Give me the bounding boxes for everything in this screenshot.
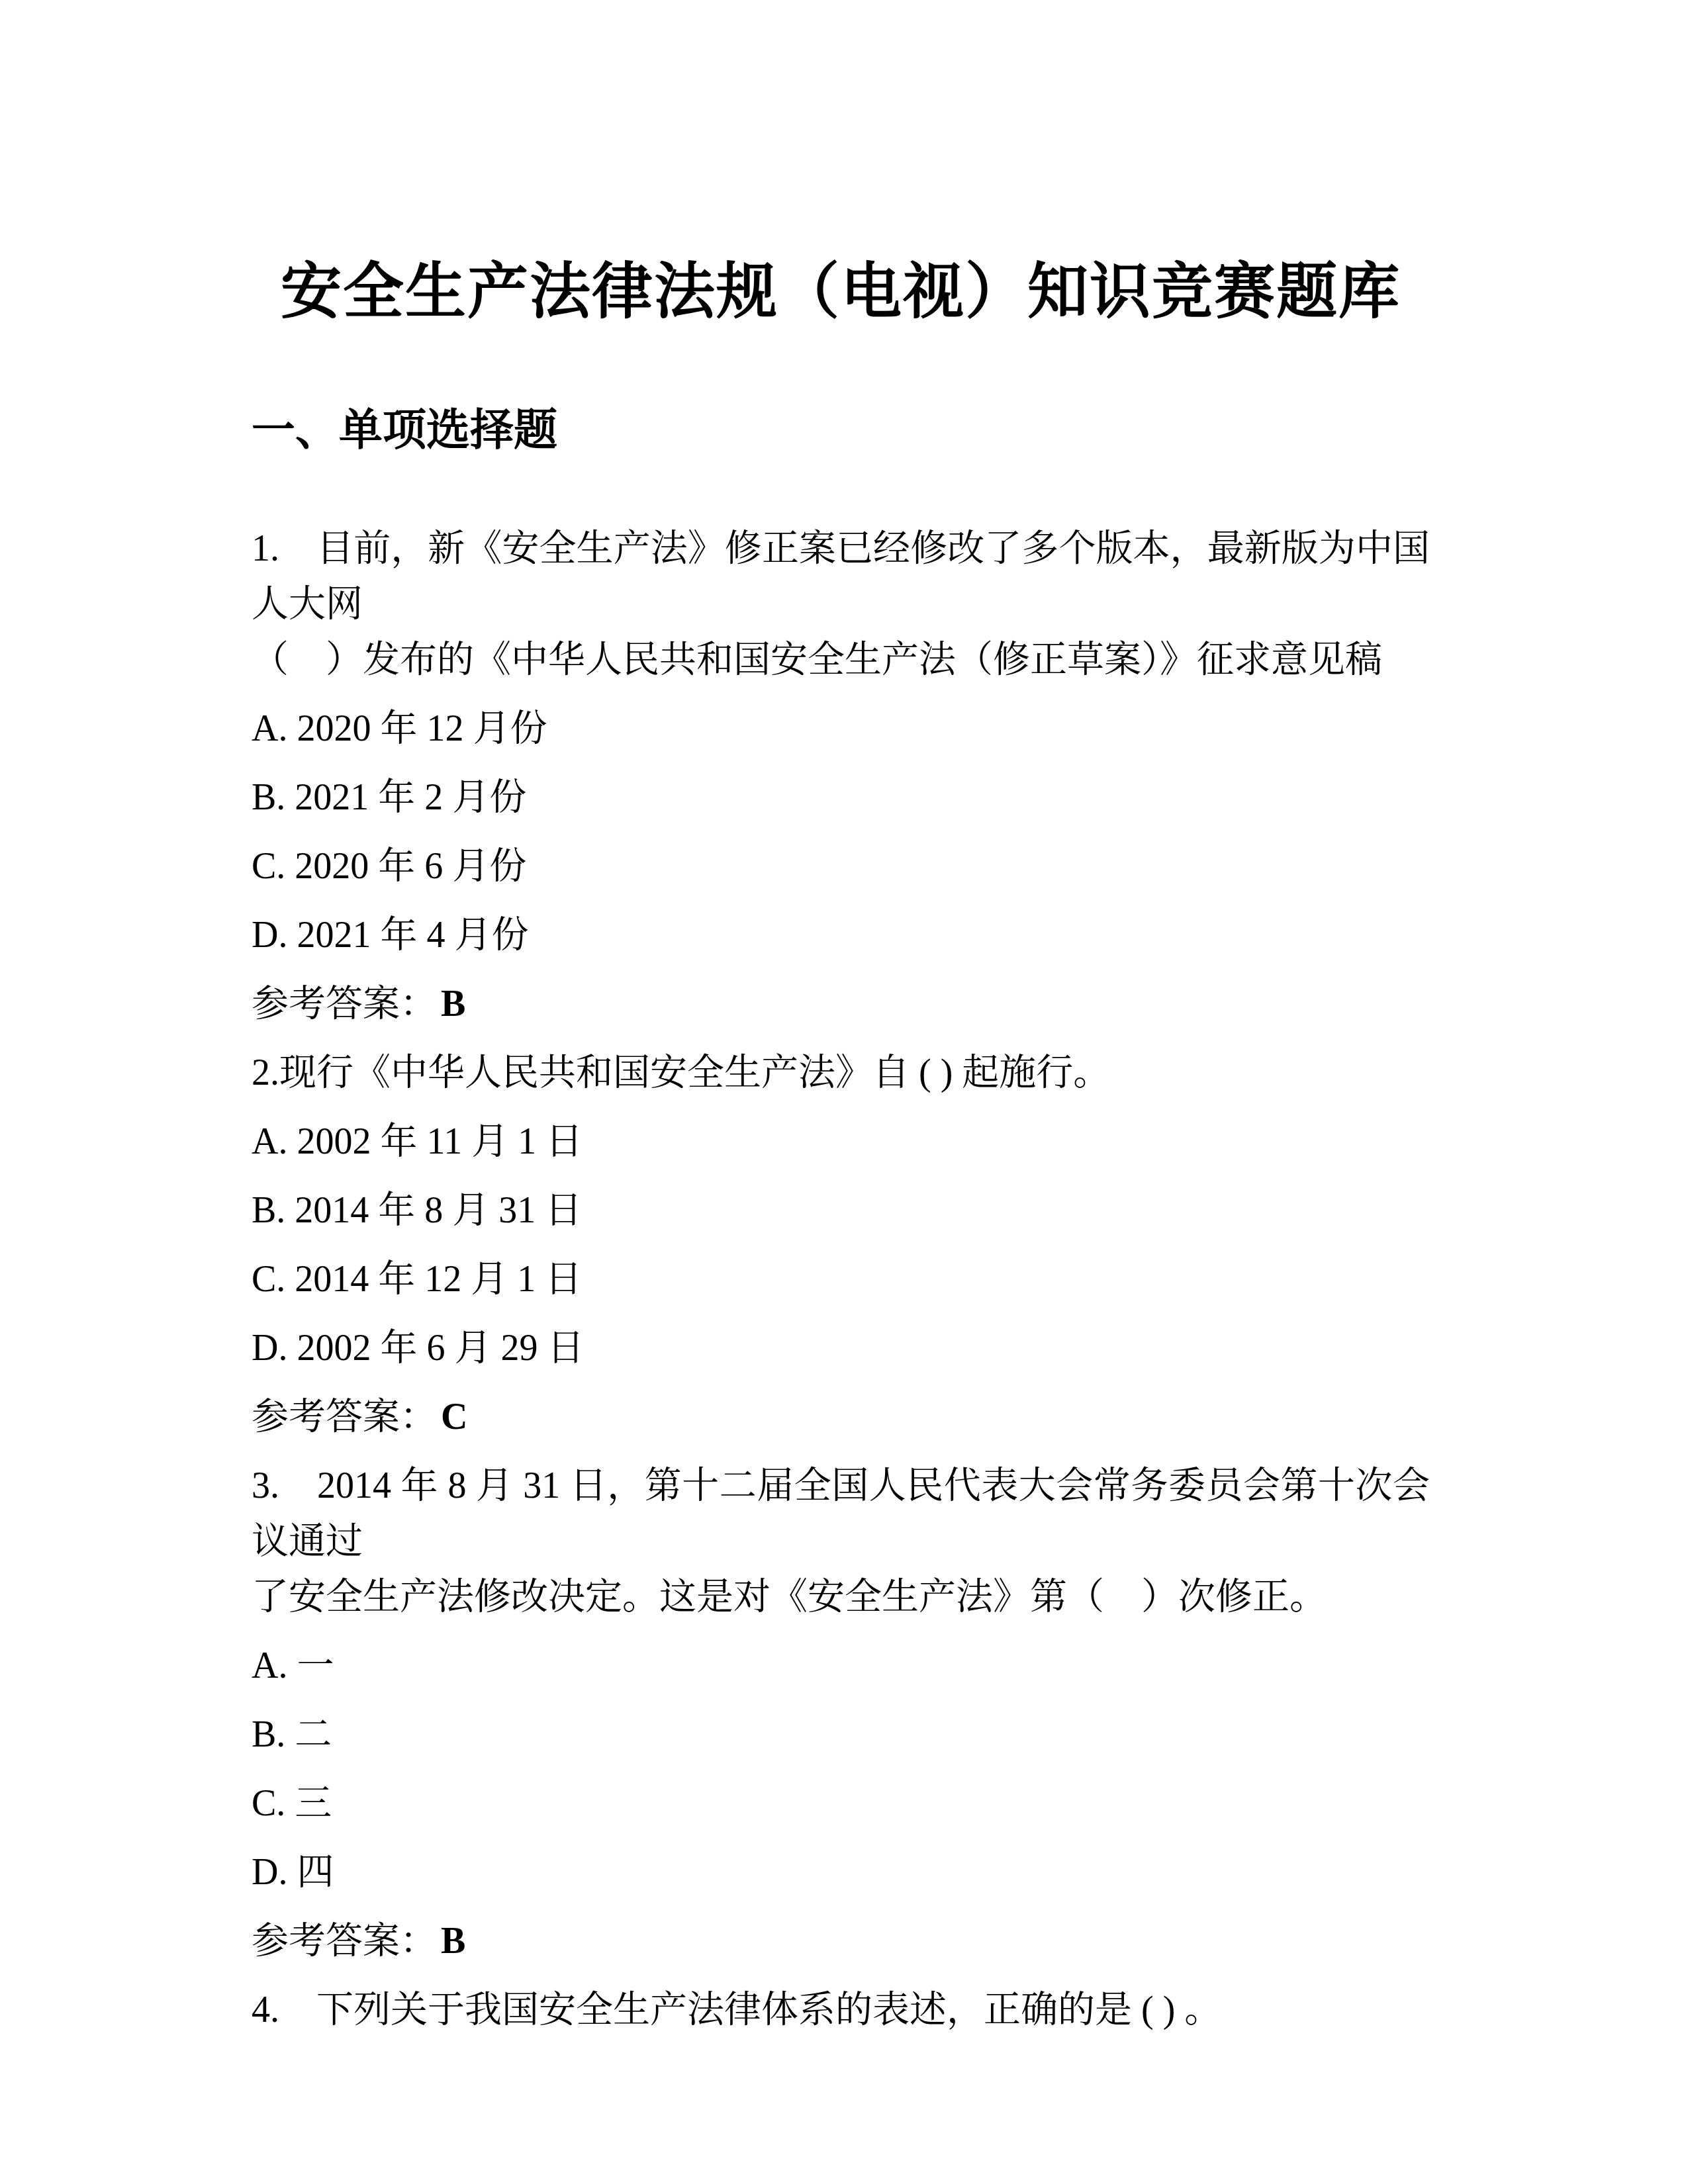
question-1-answer-value: B xyxy=(437,983,465,1024)
page-content: 安全生产法律法规（电视）知识竞赛题库 一、单项选择题 1. 目前，新《安全生产法… xyxy=(252,0,1430,2051)
document-title: 安全生产法律法规（电视）知识竞赛题库 xyxy=(252,255,1430,329)
question-3-answer-line: 参考答案：B xyxy=(252,1913,1430,1969)
question-1-stem: 1. 目前，新《安全生产法》修正案已经修改了多个版本，最新版为中国人大网 （ ）… xyxy=(252,521,1430,688)
question-1-option-c: C. 2020 年 6 月份 xyxy=(252,839,1430,894)
question-3-stem: 3. 2014 年 8 月 31 日，第十二届全国人民代表大会常务委员会第十次会… xyxy=(252,1458,1430,1625)
question-2-answer-value: C xyxy=(437,1396,467,1437)
question-3-option-b: B. 二 xyxy=(252,1707,1430,1762)
question-4-stem-line-1: 4. 下列关于我国安全生产法律体系的表述，正确的是 ( ) 。 xyxy=(252,1982,1430,2038)
question-3-option-d: D. 四 xyxy=(252,1844,1430,1900)
question-3-option-a: A. 一 xyxy=(252,1638,1430,1694)
question-2-option-c: C. 2014 年 12 月 1 日 xyxy=(252,1251,1430,1307)
question-block-2: 2.现行《中华人民共和国安全生产法》自 ( ) 起施行。 A. 2002 年 1… xyxy=(252,1045,1430,1445)
question-block-1: 1. 目前，新《安全生产法》修正案已经修改了多个版本，最新版为中国人大网 （ ）… xyxy=(252,521,1430,1032)
question-2-option-d: D. 2002 年 6 月 29 日 xyxy=(252,1320,1430,1376)
question-2-option-b: B. 2014 年 8 月 31 日 xyxy=(252,1183,1430,1238)
question-1-option-a: A. 2020 年 12 月份 xyxy=(252,701,1430,756)
question-1-answer-line: 参考答案：B xyxy=(252,976,1430,1032)
question-3-answer-label: 参考答案： xyxy=(252,1921,437,1962)
document-page: 安全生产法律法规（电视）知识竞赛题库 一、单项选择题 1. 目前，新《安全生产法… xyxy=(0,0,1688,2184)
question-block-3: 3. 2014 年 8 月 31 日，第十二届全国人民代表大会常务委员会第十次会… xyxy=(252,1458,1430,1969)
question-1-stem-line-1: 1. 目前，新《安全生产法》修正案已经修改了多个版本，最新版为中国人大网 xyxy=(252,521,1430,632)
question-2-answer-label: 参考答案： xyxy=(252,1396,437,1437)
question-block-4: 4. 下列关于我国安全生产法律体系的表述，正确的是 ( ) 。 xyxy=(252,1982,1430,2038)
question-1-option-b: B. 2021 年 2 月份 xyxy=(252,770,1430,825)
question-3-option-c: C. 三 xyxy=(252,1776,1430,1831)
question-1-stem-line-2: （ ）发布的《中华人民共和国安全生产法（修正草案）》征求意见稿 xyxy=(252,632,1430,688)
question-3-answer-value: B xyxy=(437,1921,465,1962)
question-1-option-d: D. 2021 年 4 月份 xyxy=(252,907,1430,963)
question-1-answer-label: 参考答案： xyxy=(252,983,437,1024)
question-2-stem-line-1: 2.现行《中华人民共和国安全生产法》自 ( ) 起施行。 xyxy=(252,1045,1430,1101)
section-heading: 一、单项选择题 xyxy=(252,402,1430,460)
question-3-stem-line-1: 3. 2014 年 8 月 31 日，第十二届全国人民代表大会常务委员会第十次会… xyxy=(252,1458,1430,1569)
question-3-stem-line-2: 了安全生产法修改决定。这是对《安全生产法》第（ ）次修正。 xyxy=(252,1569,1430,1625)
question-2-answer-line: 参考答案：C xyxy=(252,1389,1430,1445)
question-4-stem: 4. 下列关于我国安全生产法律体系的表述，正确的是 ( ) 。 xyxy=(252,1982,1430,2038)
question-2-option-a: A. 2002 年 11 月 1 日 xyxy=(252,1114,1430,1169)
question-2-stem: 2.现行《中华人民共和国安全生产法》自 ( ) 起施行。 xyxy=(252,1045,1430,1101)
